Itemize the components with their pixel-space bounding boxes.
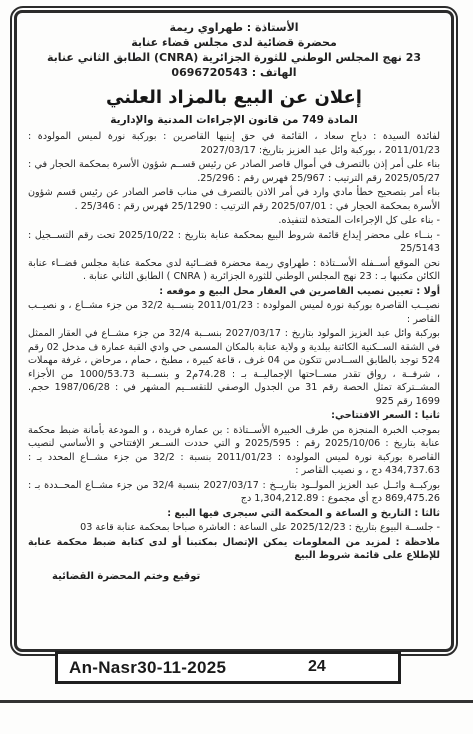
notice-header: الأستاذة : طهراوي ريمة محضرة قضائية لدى …: [28, 20, 440, 80]
newspaper-source-date: An-Nasr30-11-2025: [69, 658, 226, 678]
paragraph-procedures: - بناء على كل الإجراءات المتخذة لتنفيذه.: [28, 214, 440, 228]
notice-frame: الأستاذة : طهراوي ريمة محضرة قضائية لدى …: [10, 6, 458, 656]
paragraph-deposit: - بنــاء على محضر إيداع قائمة شروط البيع…: [28, 229, 440, 256]
section-first: أولا : تعيين نصيب القاصرين في العقار محل…: [28, 285, 440, 299]
legal-article-reference: المادة 749 من قانون الإجراءات المدنية وا…: [28, 113, 440, 127]
bailiff-name: الأستاذة : طهراوي ريمة: [28, 20, 440, 35]
newspaper-source-bar: An-Nasr30-11-2025 24: [55, 651, 401, 684]
paragraph-property-description: بوركبة وائل عبد العزيز المولود بتاريخ : …: [28, 327, 440, 408]
paragraph-note: ملاحظة : لمزيد من المعلومات يمكن الإتصال…: [28, 536, 440, 563]
newspaper-page-number: 24: [308, 658, 326, 676]
bailiff-title: محضرة قضائية لدى مجلس قضاء عنابة: [28, 35, 440, 50]
paragraph-auction-session: - جلســة البيوع بتاريخ : 2025/12/23 على …: [28, 521, 440, 535]
paragraph-order-2: بناء أمر بتصحيح خطأ مادي وارد في أمر الا…: [28, 186, 440, 213]
paragraph-minor-share-1: نصيــب القاصرة بوركبة نورة لميس المولودة…: [28, 299, 440, 326]
notice-frame-inner: الأستاذة : طهراوي ريمة محضرة قضائية لدى …: [14, 10, 454, 652]
bottom-divider-rule: [0, 700, 473, 703]
phone-number: الهاتف : 0696720543: [28, 65, 440, 80]
section-second: ثانيا : السعر الافتتاحي:: [28, 409, 440, 423]
paragraph-bailiff-statement: نحن الموقع أســفله الأســتاذة : طهراوي ر…: [28, 257, 440, 284]
paragraph-expertise: بموجب الخبرة المنجزة من طرف الخبيرة الأس…: [28, 424, 440, 478]
paragraph-price-total: بوركبــة وائــل عبد العزيز المولــود بتا…: [28, 479, 440, 506]
paragraph-order-1: بناء على أمر إذن بالتصرف في أموال قاصر ا…: [28, 158, 440, 185]
scanned-newspaper-notice: الأستاذة : طهراوي ريمة محضرة قضائية لدى …: [0, 0, 473, 734]
section-third: ثالثا : التاريخ و الساعة و المحكمة التي …: [28, 507, 440, 521]
notice-body: لفائدة السيدة : دباح سعاد ، القائمة في ح…: [28, 130, 440, 563]
signature-line: توقيع وختم المحضرة القضائية: [28, 571, 440, 582]
notice-title: إعلان عن البيع بالمزاد العلني: [28, 87, 440, 109]
paragraph-beneficiary: لفائدة السيدة : دباح سعاد ، القائمة في ح…: [28, 130, 440, 157]
office-address: 23 نهج المجلس الوطني للثورة الجزائرية (C…: [28, 50, 440, 65]
